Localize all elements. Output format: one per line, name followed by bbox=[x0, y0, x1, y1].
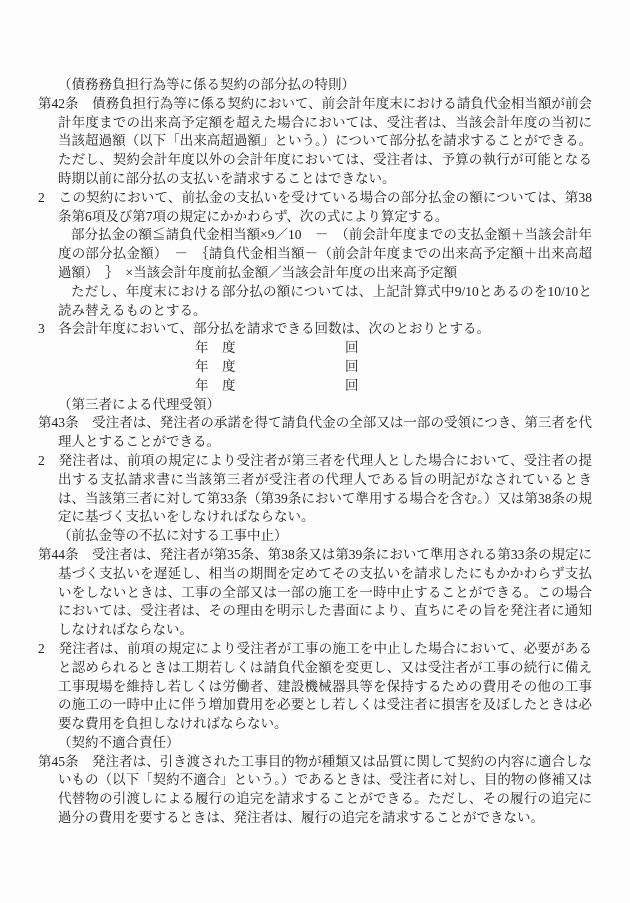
partial-payment-formula-note: ただし、年度末における部分払の額については、上記計算式中9/10とあるのを10/… bbox=[58, 283, 592, 321]
article-42-para-2: 2 この契約において、前払金の支払いを受けている場合の部分払金の額については、第… bbox=[58, 189, 592, 227]
contract-text-block: （債務務負担行為等に係る契約の部分払の特則） 第42条 債務負担行為等に係る契約… bbox=[58, 76, 592, 828]
schedule-year-label: 年 度 bbox=[195, 339, 345, 358]
schedule-count-label: 回 bbox=[345, 377, 359, 396]
schedule-row: 年 度回 bbox=[58, 339, 592, 358]
document-page: （債務務負担行為等に係る契約の部分払の特則） 第42条 債務負担行為等に係る契約… bbox=[0, 0, 630, 903]
schedule-row: 年 度回 bbox=[58, 358, 592, 377]
article-44-body: 第44条 受注者は、発注者が第35条、第38条又は第39条において準用される第3… bbox=[58, 546, 592, 640]
schedule-row: 年 度回 bbox=[58, 377, 592, 396]
schedule-year-label: 年 度 bbox=[195, 377, 345, 396]
schedule-count-label: 回 bbox=[345, 339, 359, 358]
schedule-count-label: 回 bbox=[345, 358, 359, 377]
clause-heading-partial-payment-special: （債務務負担行為等に係る契約の部分払の特則） bbox=[58, 76, 592, 95]
partial-payment-formula: 部分払金の額≦請負代金相当額×9／10 － （前会計年度までの支払金額＋当該会計… bbox=[58, 226, 592, 282]
clause-heading-third-party-receipt: （第三者による代理受領） bbox=[58, 396, 592, 415]
schedule-year-label: 年 度 bbox=[195, 358, 345, 377]
article-44-para-2: 2 発注者は、前項の規定により受注者が工事の施工を中止した場合において、必要があ… bbox=[58, 640, 592, 734]
article-43-body: 第43条 受注者は、発注者の承諾を得て請負代金の全部又は一部の受領につき、第三者… bbox=[58, 414, 592, 452]
clause-heading-nonconformity-liability: （契約不適合責任） bbox=[58, 734, 592, 753]
article-42-body: 第42条 債務負担行為等に係る契約において、前会計年度末における請負代金相当額が… bbox=[58, 95, 592, 189]
payment-count-schedule: 年 度回 年 度回 年 度回 bbox=[58, 339, 592, 395]
article-45-body: 第45条 発注者は、引き渡された工事目的物が種類又は品質に関して契約の内容に適合… bbox=[58, 753, 592, 828]
article-43-para-2: 2 発注者は、前項の規定により受注者が第三者を代理人とした場合において、受注者の… bbox=[58, 452, 592, 527]
clause-heading-work-suspension: （前払金等の不払に対する工事中止） bbox=[58, 527, 592, 546]
article-42-para-3: 3 各会計年度において、部分払を請求できる回数は、次のとおりとする。 bbox=[58, 320, 592, 339]
